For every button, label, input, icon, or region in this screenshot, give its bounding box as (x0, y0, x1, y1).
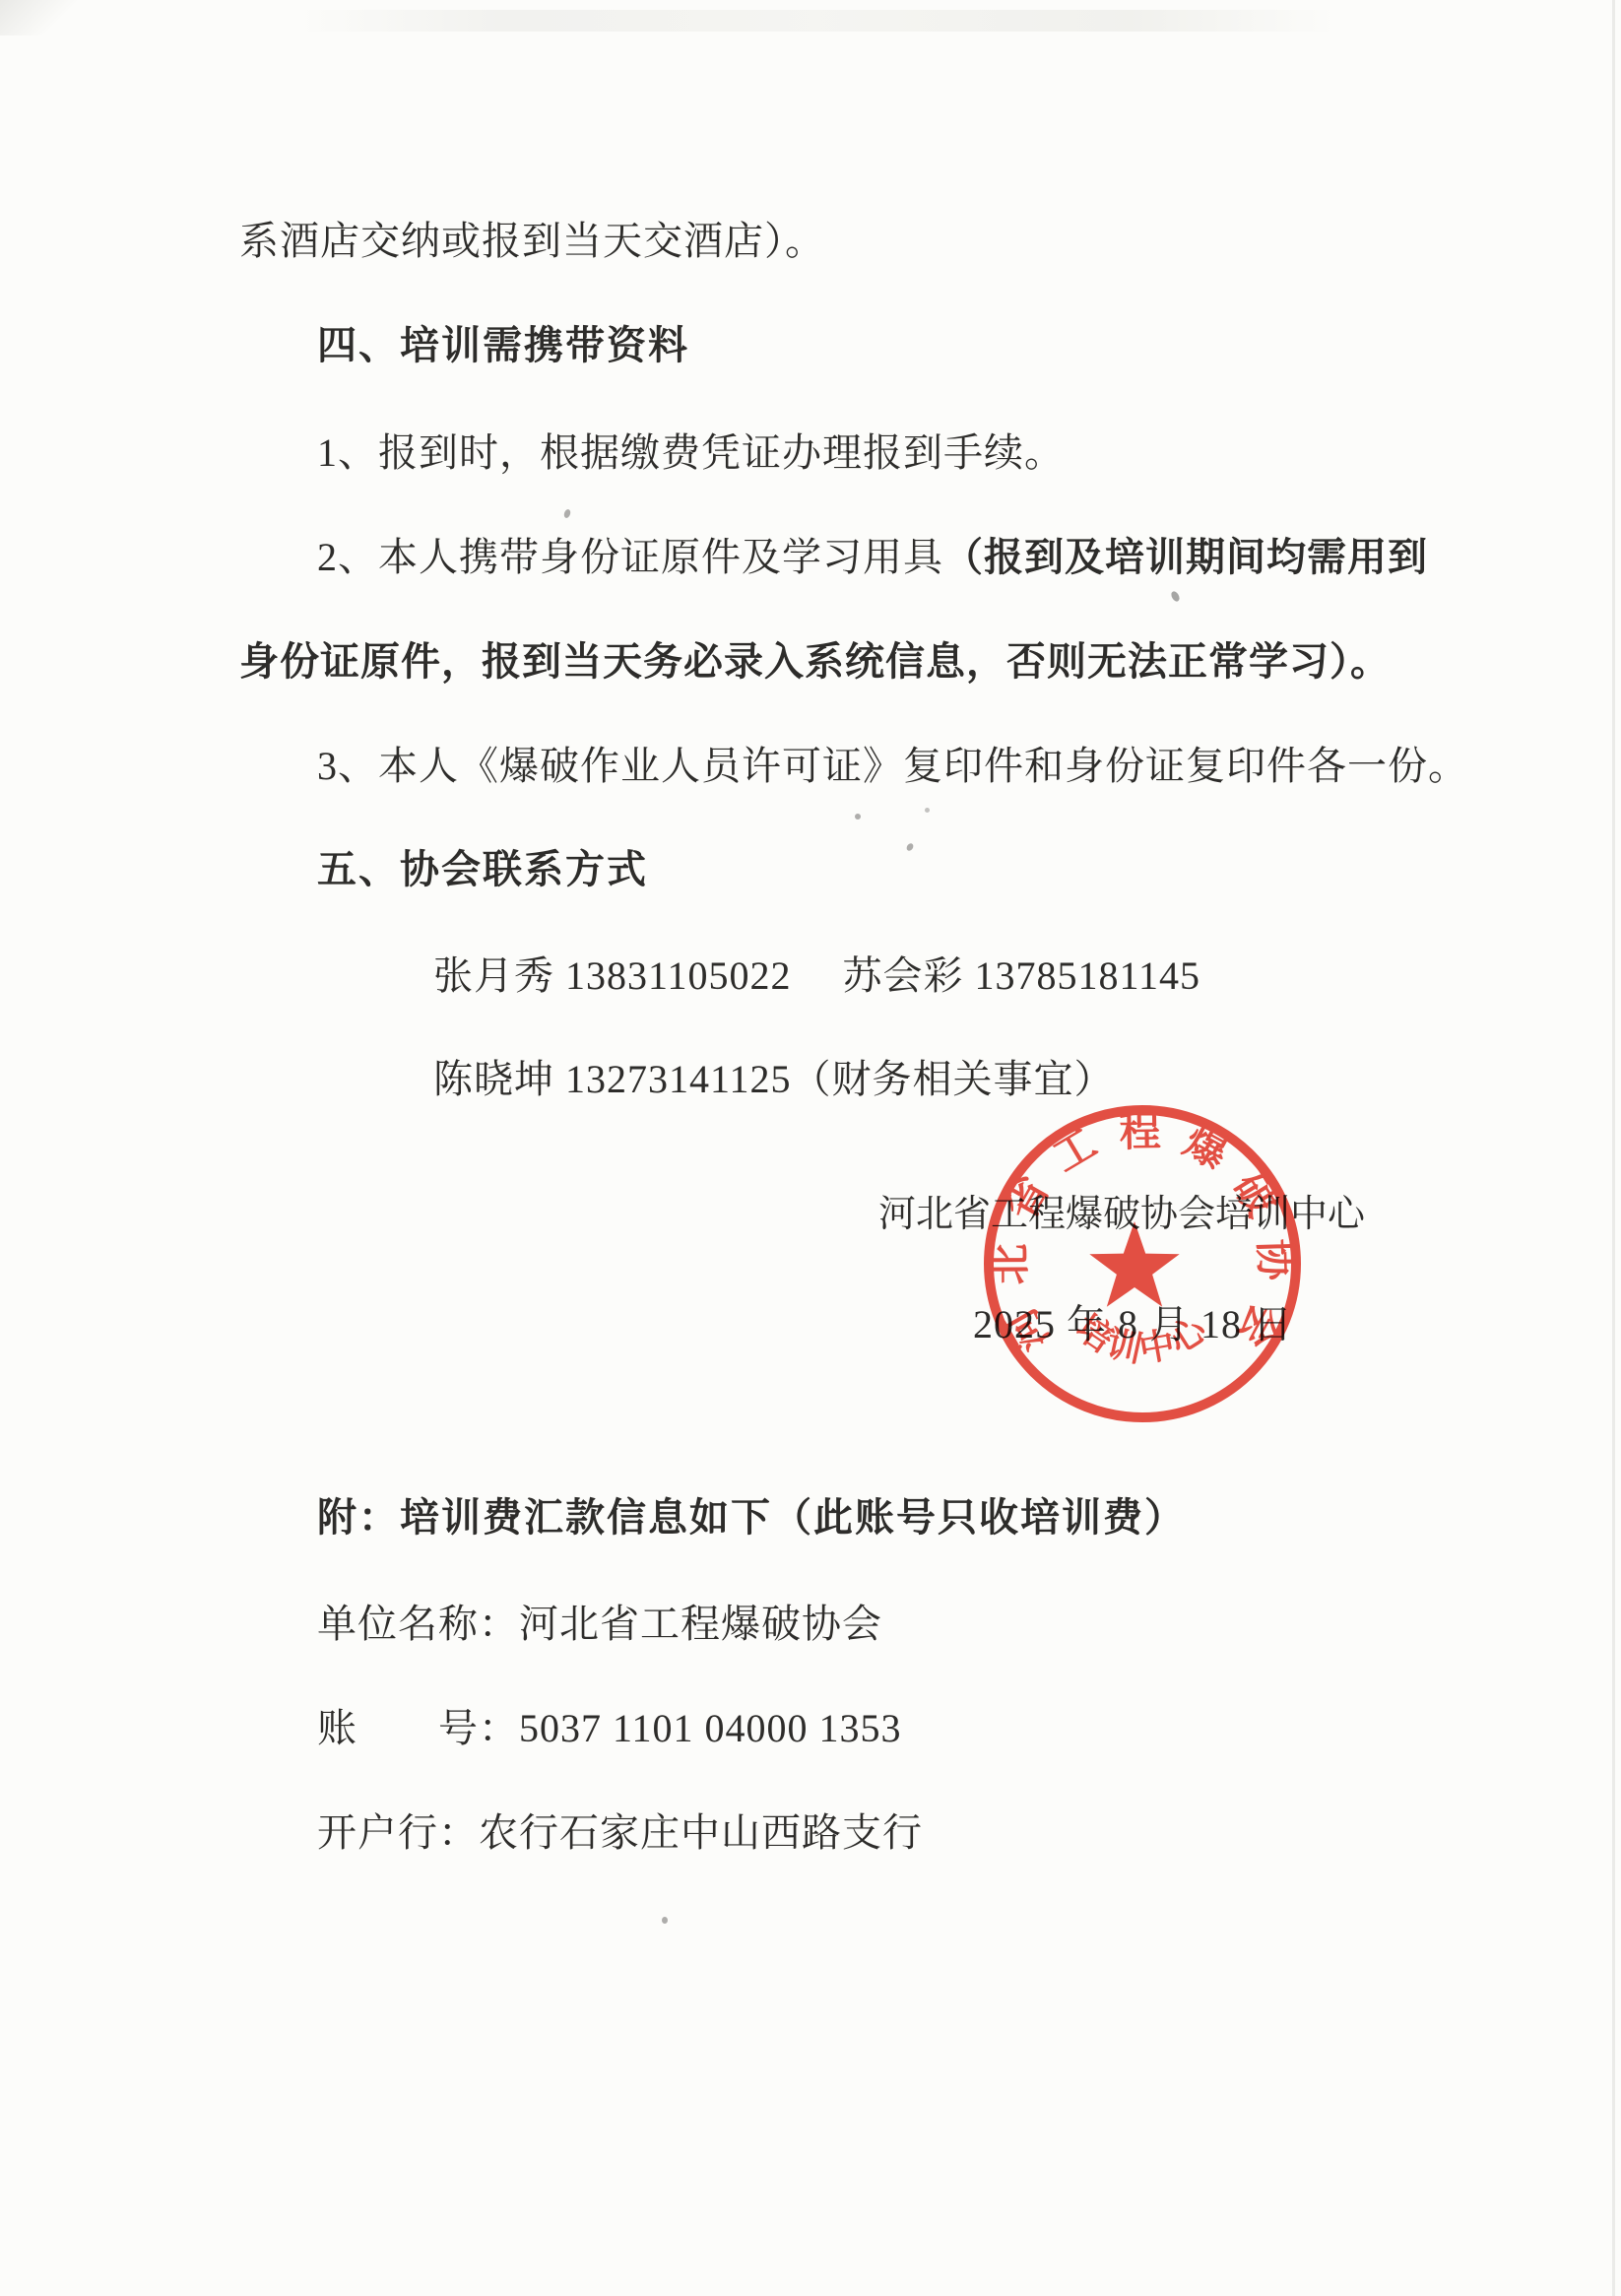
scan-smudge-corner (0, 0, 79, 35)
section-5-heading: 五、协会联系方式 (317, 847, 648, 892)
list-item-text: 3、本人《爆破作业人员许可证》复印件和身份证复印件各一份。 (317, 744, 1468, 788)
field-label: 开户行： (317, 1810, 479, 1855)
star-icon (1089, 1221, 1179, 1307)
field-account-number: 账 号：5037 1101 04000 1353 (317, 1706, 902, 1751)
contact-text: 张月秀 13831105022 苏会彩 13785181145 (433, 953, 1200, 998)
scan-smudge (295, 10, 1339, 32)
scan-edge-line (1612, 0, 1615, 2296)
seal-ring-text: 河北省工程爆破协会 (989, 1109, 1298, 1358)
list-item-emphasis: 身份证原件，报到当天务必录入系统信息，否则无法正常学习）。 (239, 639, 1391, 685)
field-bank-branch: 开户行：农行石家庄中山西路支行 (317, 1810, 923, 1856)
scan-speck (855, 814, 861, 820)
field-value: 河北省工程爆破协会 (519, 1602, 882, 1646)
attachment-heading: 附：培训费汇款信息如下（此账号只收培训费） (317, 1495, 1186, 1541)
official-seal-stamp: 河北省工程爆破协会 培训中心 (970, 1088, 1315, 1453)
list-item-text: 1、报到时，根据缴费凭证办理报到手续。 (317, 430, 1065, 475)
list-item-text: 2、本人携带身份证原件及学习用具 (317, 535, 943, 579)
section-4-heading: 四、培训需携带资料 (317, 323, 689, 368)
heading-text: 附：培训费汇款信息如下（此账号只收培训费） (317, 1495, 1186, 1541)
scan-speck (563, 508, 572, 519)
list-item-emphasis: （报到及培训期间均需用到 (943, 535, 1428, 580)
seal-bottom-text: 培训中心 (1069, 1307, 1214, 1369)
field-value: 农行石家庄中山西路支行 (479, 1810, 923, 1855)
paragraph-hotel-note: 系酒店交纳或报到当天交酒店）。 (239, 219, 825, 264)
heading-text: 四、培训需携带资料 (317, 323, 689, 368)
field-label: 账 号： (317, 1706, 519, 1750)
scanned-document-page: 系酒店交纳或报到当天交酒店）。 四、培训需携带资料 1、报到时，根据缴费凭证办理… (0, 0, 1621, 2296)
list-item-2: 2、本人携带身份证原件及学习用具（报到及培训期间均需用到 (317, 535, 1428, 580)
scan-speck (925, 808, 930, 813)
field-value: 5037 1101 04000 1353 (519, 1706, 902, 1750)
list-item-1: 1、报到时，根据缴费凭证办理报到手续。 (317, 430, 1065, 476)
scan-speck (1170, 590, 1182, 603)
paragraph-text: 系酒店交纳或报到当天交酒店）。 (239, 219, 825, 263)
scan-speck (905, 842, 915, 852)
contact-line-1: 张月秀 13831105022 苏会彩 13785181145 (433, 953, 1200, 999)
field-label: 单位名称： (317, 1602, 519, 1646)
list-item-2-continuation: 身份证原件，报到当天务必录入系统信息，否则无法正常学习）。 (239, 639, 1391, 685)
field-unit-name: 单位名称：河北省工程爆破协会 (317, 1602, 882, 1647)
list-item-3: 3、本人《爆破作业人员许可证》复印件和身份证复印件各一份。 (317, 744, 1468, 789)
scan-speck (662, 1917, 668, 1924)
heading-text: 五、协会联系方式 (317, 847, 648, 892)
seal-arc-path (1024, 1146, 1261, 1340)
